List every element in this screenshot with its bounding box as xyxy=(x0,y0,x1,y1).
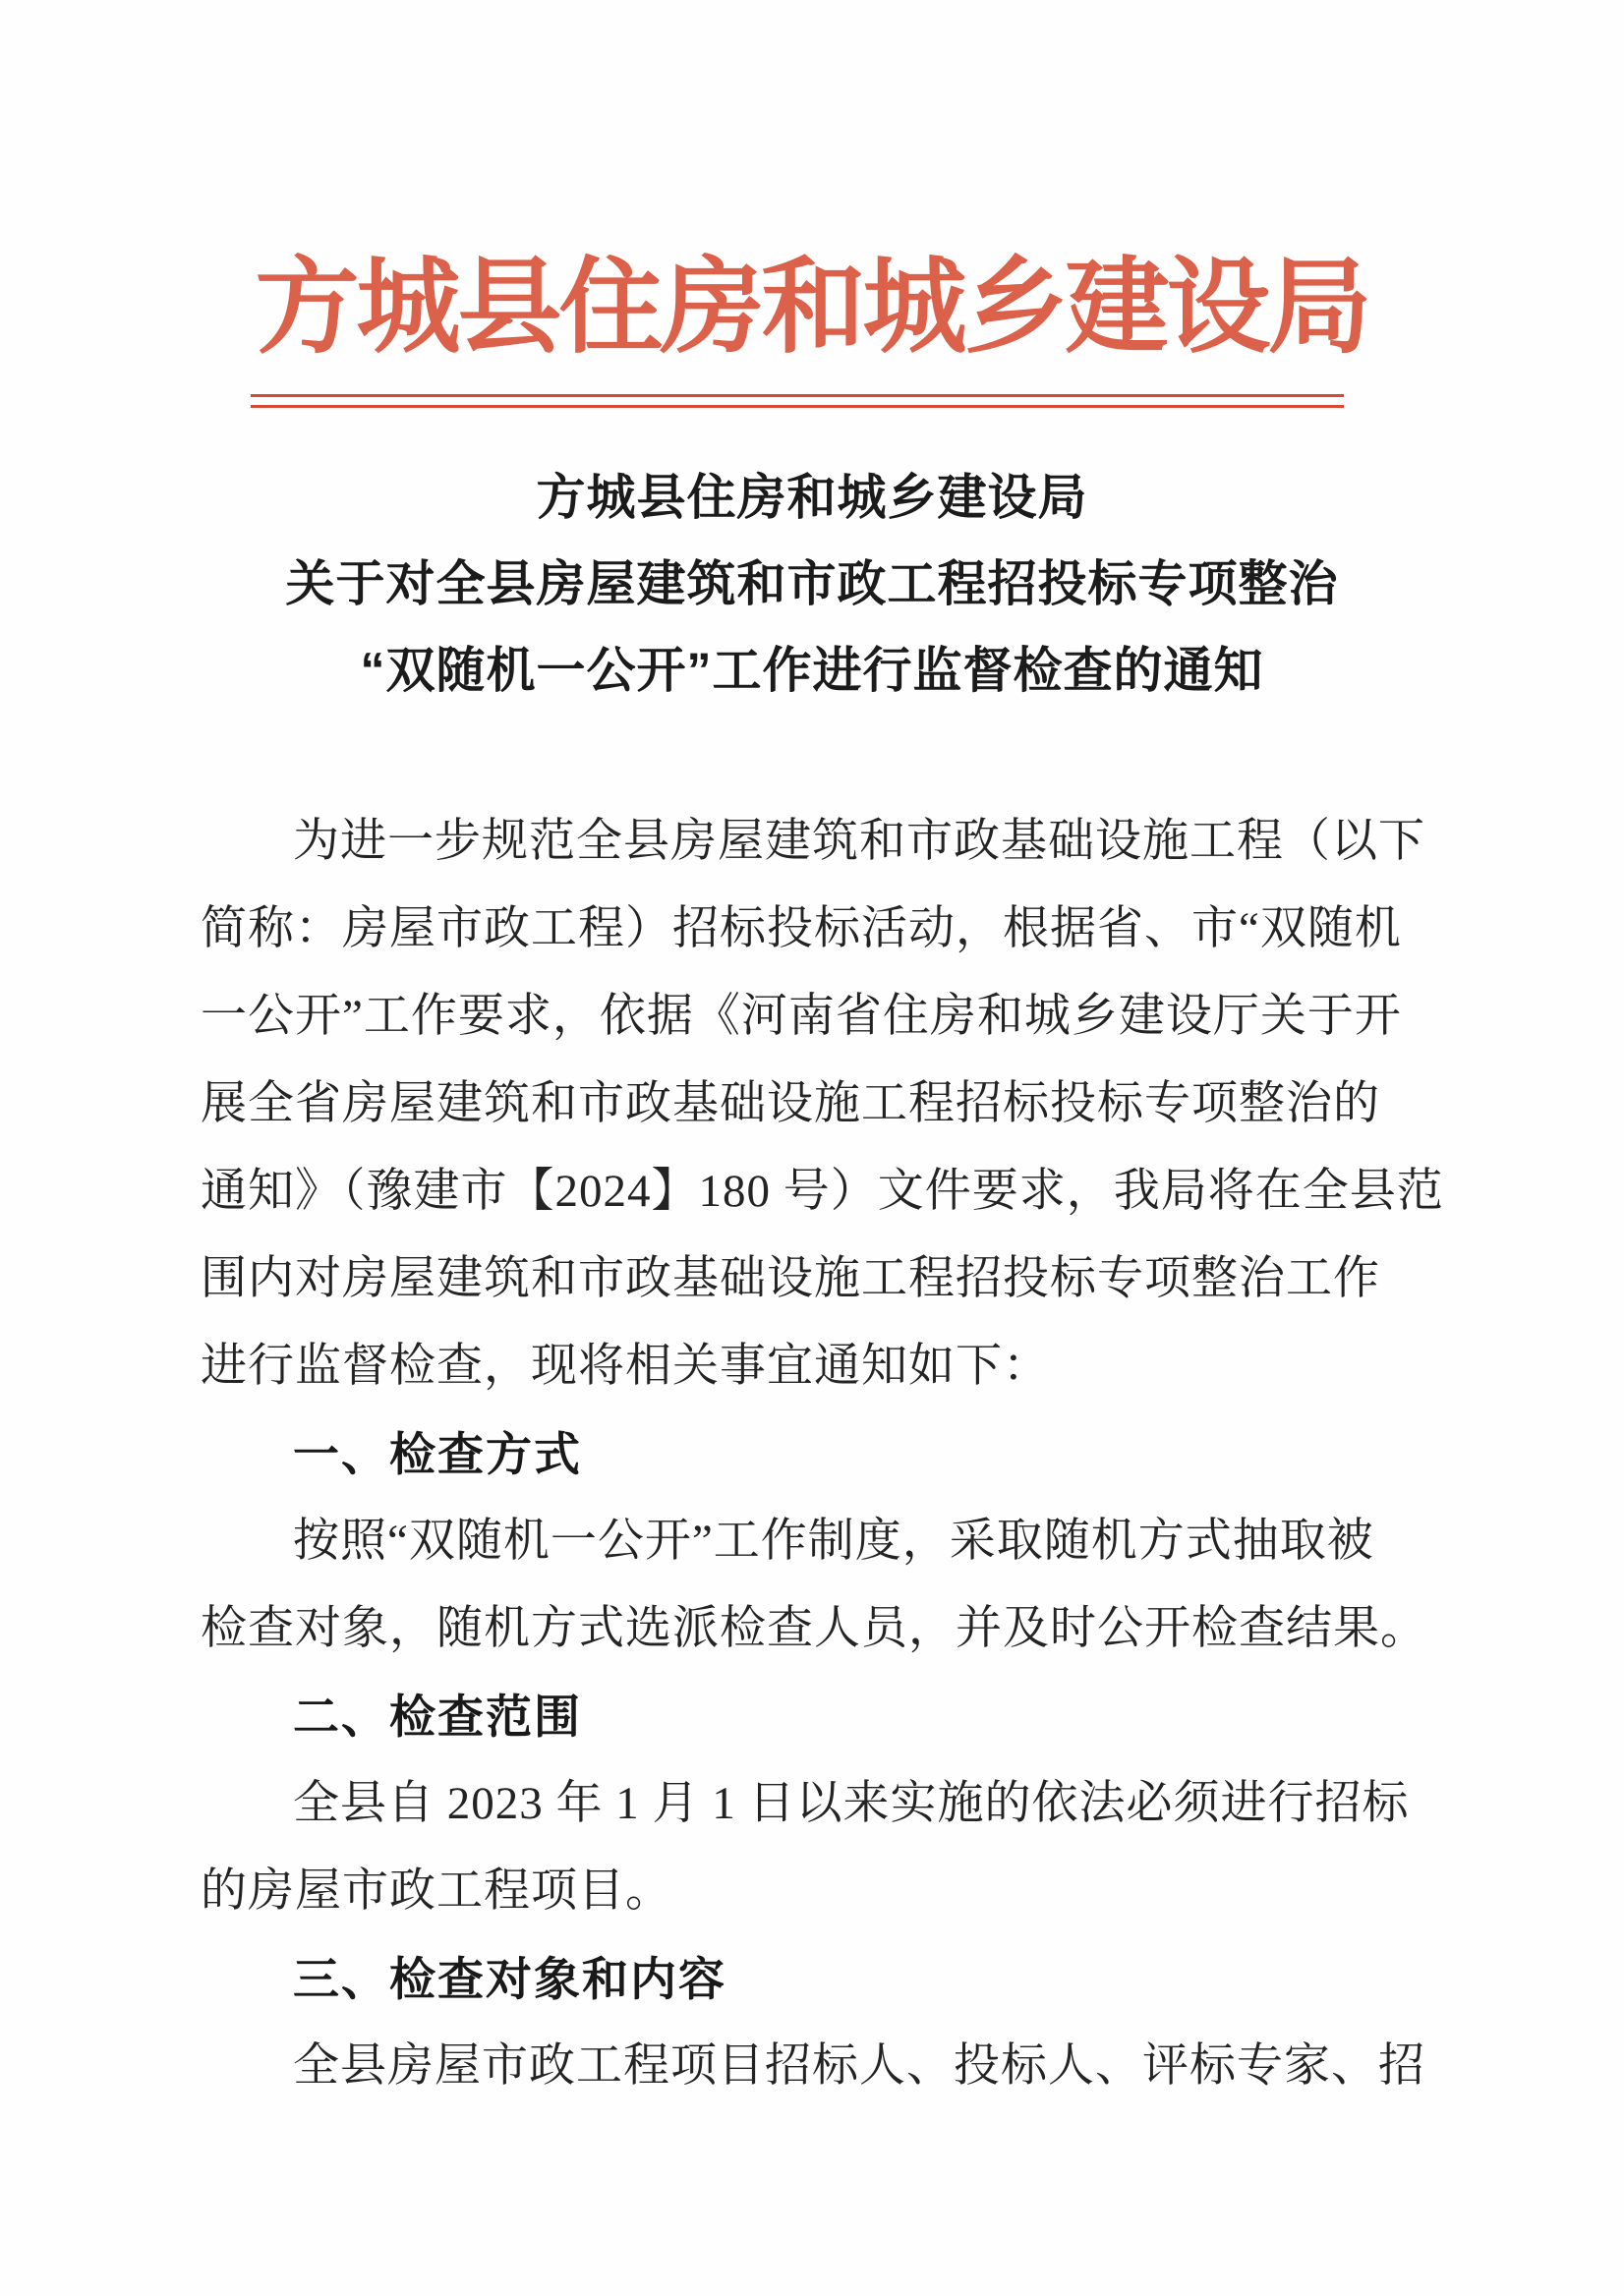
body-line-7: 进行监督检查，现将相关事宜通知如下： xyxy=(201,1323,1435,1410)
letterhead-agency-name: 方城县住房和城乡建设局 xyxy=(0,248,1624,370)
document-body: 为进一步规范全县房屋建筑和市政基础设施工程（以下 简称：房屋市政工程）招标投标活… xyxy=(201,798,1435,2110)
body-line-12: 全县自 2023 年 1 月 1 日以来实施的依法必须进行招标 xyxy=(201,1760,1435,1848)
body-line-2: 简称：房屋市政工程）招标投标活动，根据省、市“双随机 xyxy=(201,886,1435,973)
letterhead-divider xyxy=(251,394,1344,408)
body-line-1: 为进一步规范全县房屋建筑和市政基础设施工程（以下 xyxy=(201,798,1435,886)
document-title: 方城县住房和城乡建设局 关于对全县房屋建筑和市政工程招投标专项整治 “双随机一公… xyxy=(0,454,1624,714)
section-heading-1: 一、检查方式 xyxy=(201,1410,1435,1498)
document-title-line-3: “双随机一公开”工作进行监督检查的通知 xyxy=(0,627,1624,714)
body-line-13: 的房屋市政工程项目。 xyxy=(201,1848,1435,1935)
divider-line-top xyxy=(251,394,1344,397)
section-heading-2: 二、检查范围 xyxy=(201,1673,1435,1760)
section-heading-3: 三、检查对象和内容 xyxy=(201,1935,1435,2023)
body-line-3: 一公开”工作要求，依据《河南省住房和城乡建设厅关于开 xyxy=(201,973,1435,1061)
document-title-line-2: 关于对全县房屋建筑和市政工程招投标专项整治 xyxy=(0,541,1624,627)
divider-line-bottom xyxy=(251,405,1344,408)
body-line-10: 检查对象，随机方式选派检查人员，并及时公开检查结果。 xyxy=(201,1585,1435,1673)
body-line-9: 按照“双随机一公开”工作制度，采取随机方式抽取被 xyxy=(201,1498,1435,1585)
body-line-15: 全县房屋市政工程项目招标人、投标人、评标专家、招 xyxy=(201,2023,1435,2110)
document-title-line-1: 方城县住房和城乡建设局 xyxy=(0,454,1624,541)
body-line-6: 围内对房屋建筑和市政基础设施工程招投标专项整治工作 xyxy=(201,1235,1435,1323)
body-line-4: 展全省房屋建筑和市政基础设施工程招标投标专项整治的 xyxy=(201,1061,1435,1148)
document-page: 方城县住房和城乡建设局 方城县住房和城乡建设局 关于对全县房屋建筑和市政工程招投… xyxy=(0,0,1624,2296)
body-line-5: 通知》（豫建市【2024】180 号）文件要求，我局将在全县范 xyxy=(201,1148,1435,1235)
